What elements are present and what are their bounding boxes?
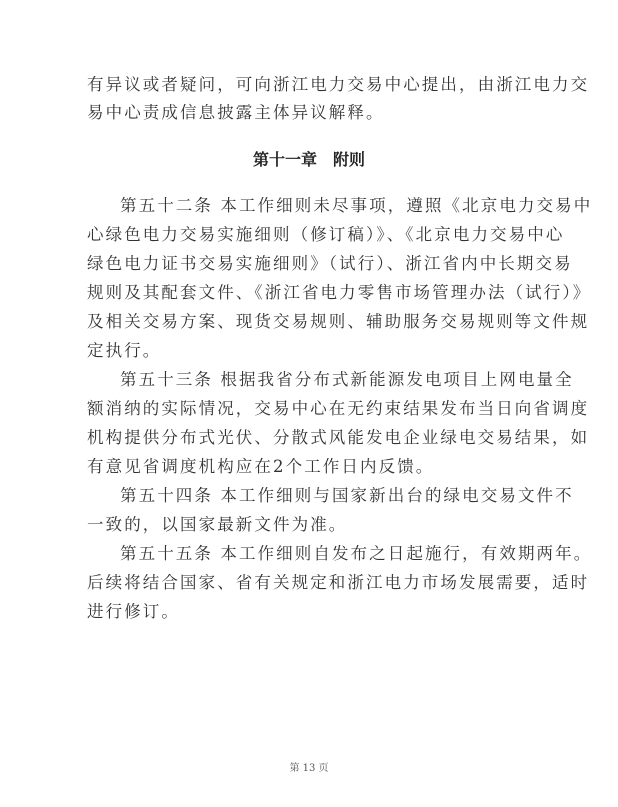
article-text-line: 第五十三条 根据我省分布式新能源发电项目上网电量全 xyxy=(120,370,533,390)
article-text-line: 进行修订。 xyxy=(87,602,533,622)
body-text-line: 有异议或者疑问，可向浙江电力交易中心提出，由浙江电力交 xyxy=(87,75,533,95)
article-text-line: 定执行。 xyxy=(87,341,533,361)
article-text-line: 额消纳的实际情况，交易中心在无约束结果发布当日向省调度 xyxy=(87,399,533,419)
article-text-line: 第五十二条 本工作细则未尽事项，遵照《北京电力交易中 xyxy=(120,196,533,216)
document-page: 有异议或者疑问，可向浙江电力交易中心提出，由浙江电力交 易中心责成信息披露主体异… xyxy=(0,0,618,807)
article-text-line: 及相关交易方案、现货交易规则、辅助服务交易规则等文件规 xyxy=(87,312,533,332)
chapter-heading: 第十一章 附则 xyxy=(0,150,618,170)
article-text-line: 第五十四条 本工作细则与国家新出台的绿电交易文件不 xyxy=(120,486,533,506)
article-text-line: 绿色电力证书交易实施细则》（试行）、浙江省内中长期交易 xyxy=(87,254,533,274)
article-text-line: 第五十五条 本工作细则自发布之日起施行，有效期两年。 xyxy=(120,544,533,564)
body-text-line: 易中心责成信息披露主体异议解释。 xyxy=(87,103,533,123)
article-text-line: 规则及其配套文件、《浙江省电力零售市场管理办法（试行）》 xyxy=(87,283,533,303)
page-number: 第 13 页 xyxy=(0,759,618,774)
article-text-line: 有意见省调度机构应在2个工作日内反馈。 xyxy=(87,457,533,477)
article-text-line: 机构提供分布式光伏、分散式风能发电企业绿电交易结果，如 xyxy=(87,428,533,448)
article-text-line: 心绿色电力交易实施细则（修订稿）》、《北京电力交易中心 xyxy=(87,225,533,245)
article-text-line: 后续将结合国家、省有关规定和浙江电力市场发展需要，适时 xyxy=(87,573,533,593)
article-text-line: 一致的，以国家最新文件为准。 xyxy=(87,515,533,535)
